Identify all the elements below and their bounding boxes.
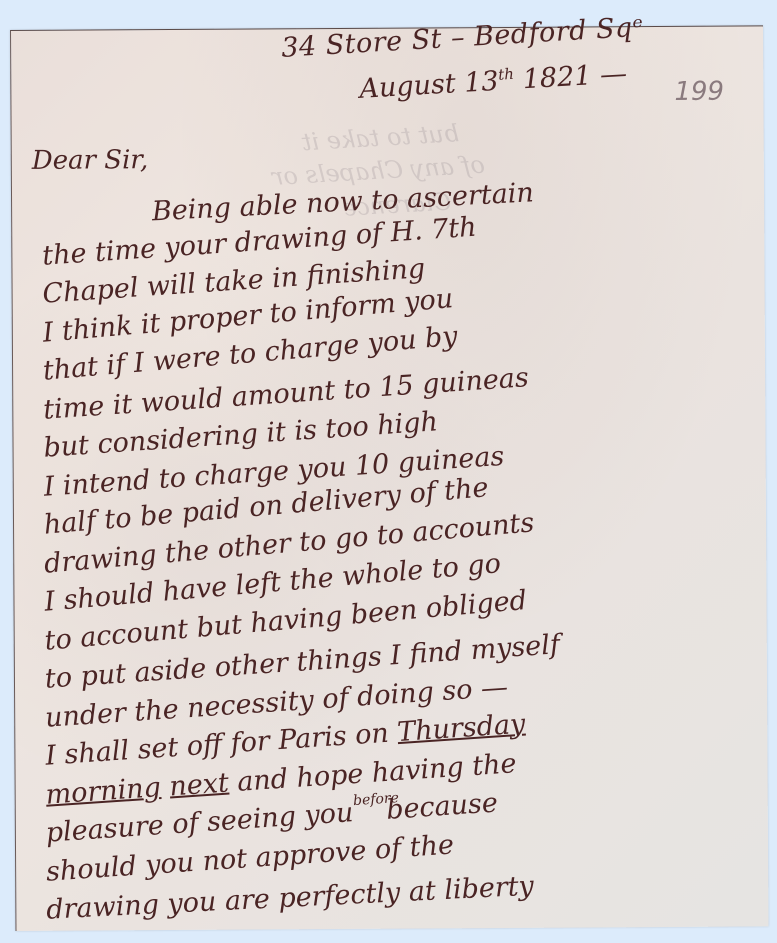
inserted-word: before <box>353 790 400 809</box>
underlined-word: morning <box>45 772 162 811</box>
letter-page: but to take it of any Chapels or Clarenc… <box>10 25 768 931</box>
folio-number: 199 <box>674 77 724 107</box>
line-text: because <box>385 787 499 825</box>
underlined-word: Thursday <box>396 709 526 749</box>
underlined-word: next <box>168 767 229 802</box>
letter-body: Being able now to ascertain the time you… <box>42 194 766 930</box>
salutation: Dear Sir, <box>32 145 149 176</box>
bleed-through-text: but to take it <box>301 119 460 156</box>
date-month-day: August 13 <box>359 66 500 105</box>
date-suffix: th <box>498 65 515 84</box>
letter-date: August 13th 1821 — <box>359 58 628 105</box>
sender-address: 34 Store St – Bedford Sqᵉ <box>280 12 644 64</box>
date-year: 1821 — <box>522 58 628 95</box>
